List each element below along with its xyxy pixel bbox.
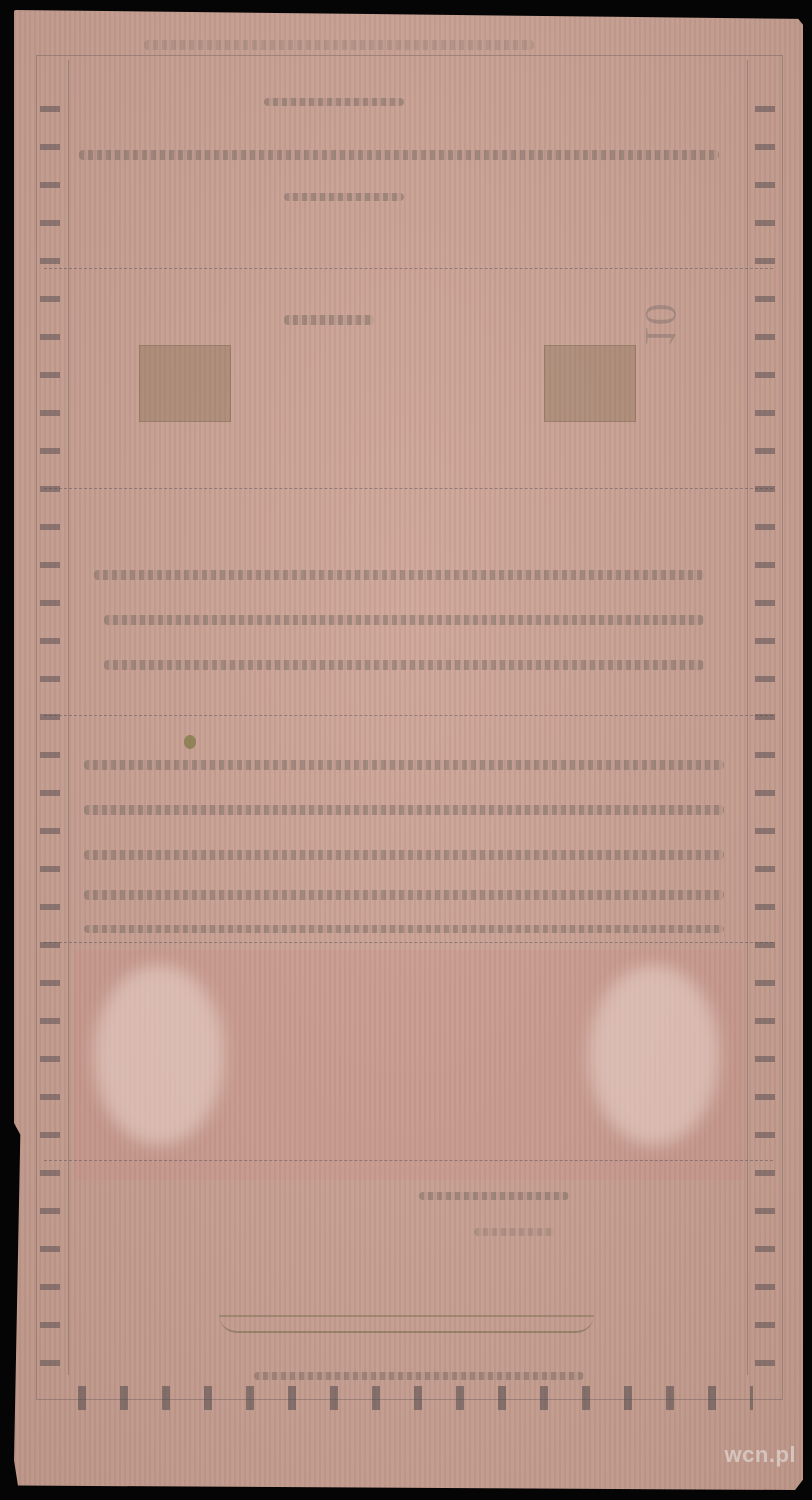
bottom-mirrored-text [254,1372,584,1380]
signature-text-2 [474,1228,554,1236]
lower-text-line-3 [84,850,724,860]
divider-5 [44,1160,773,1162]
top-small-text [264,98,404,106]
banknote-reverse: 10 [14,10,803,1490]
lower-text-line-5 [84,925,724,933]
left-stamp [139,345,231,422]
upper-text-line-1 [94,570,704,580]
upper-text-line-3 [104,660,704,670]
ornamental-border-left [40,90,60,1380]
stain-spot [184,735,196,749]
upper-text-line-2 [104,615,704,625]
signature-text [419,1192,569,1200]
center-small-text [284,315,374,325]
subheader-mirrored-text [284,193,404,201]
divider-1 [44,268,773,270]
ornamental-border-bottom [64,1386,753,1410]
top-ornament-text [144,40,534,50]
right-oval [589,965,719,1145]
ornamental-border-right [755,90,775,1380]
lower-text-line-2 [84,805,724,815]
faint-numeral: 10 [636,304,687,348]
divider-3 [44,715,773,717]
watermark-text: wcn.pl [725,1442,796,1468]
lower-text-line-1 [84,760,724,770]
header-mirrored-text [79,150,719,160]
scroll-ornament [219,1315,594,1333]
divider-4 [44,942,773,944]
left-oval [94,965,224,1145]
divider-2 [44,488,773,490]
lower-text-line-4 [84,890,724,900]
right-stamp [544,345,636,422]
